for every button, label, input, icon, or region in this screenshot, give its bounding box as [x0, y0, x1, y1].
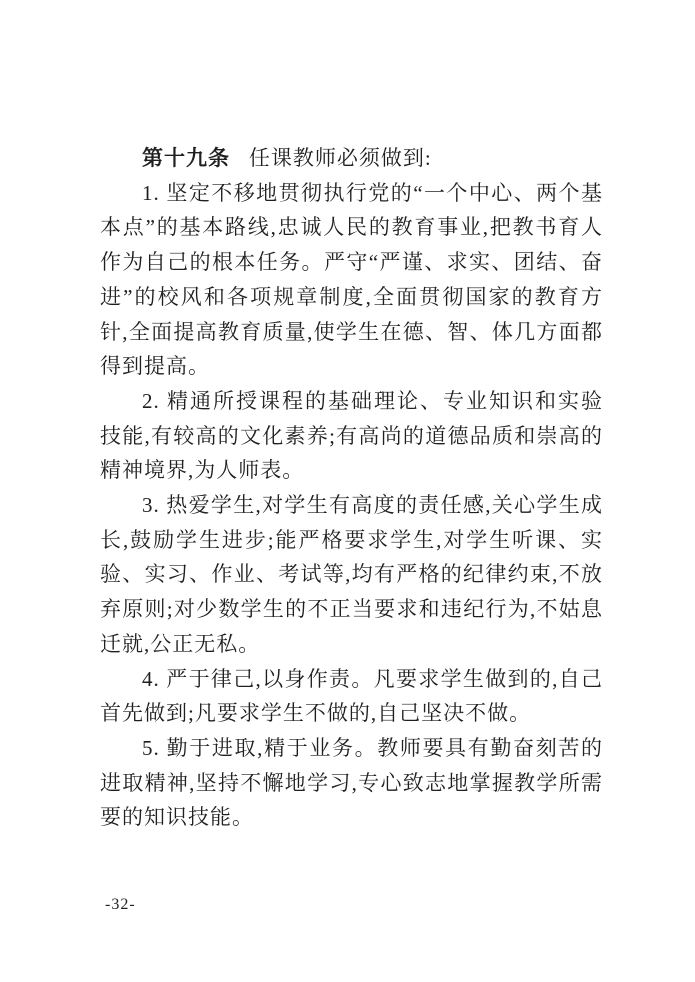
paragraph-item-3: 3. 热爱学生,对学生有高度的责任感,关心学生成长,鼓励学生进步;能严格要求学生…: [100, 488, 603, 662]
page-number: -32-: [105, 896, 136, 914]
paragraph-item-2: 2. 精通所授课程的基础理论、专业知识和实验技能,有较高的文化素养;有高尚的道德…: [100, 384, 603, 488]
article-body: 第十九条任课教师必须做到: 1. 坚定不移地贯彻执行党的“一个中心、两个基本点”…: [100, 141, 603, 835]
article-number: 第十九条: [142, 146, 230, 170]
paragraph-item-1: 1. 坚定不移地贯彻执行党的“一个中心、两个基本点”的基本路线,忠诚人民的教育事…: [100, 176, 603, 384]
paragraph-item-4: 4. 严于律己,以身作责。凡要求学生做到的,自己首先做到;凡要求学生不做的,自己…: [100, 662, 603, 731]
paragraph-item-5: 5. 勤于进取,精于业务。教师要具有勤奋刻苦的进取精神,坚持不懈地学习,专心致志…: [100, 731, 603, 835]
article-title: 任课教师必须做到:: [249, 146, 432, 170]
document-page: 第十九条任课教师必须做到: 1. 坚定不移地贯彻执行党的“一个中心、两个基本点”…: [0, 0, 695, 982]
article-heading: 第十九条任课教师必须做到:: [100, 141, 603, 176]
